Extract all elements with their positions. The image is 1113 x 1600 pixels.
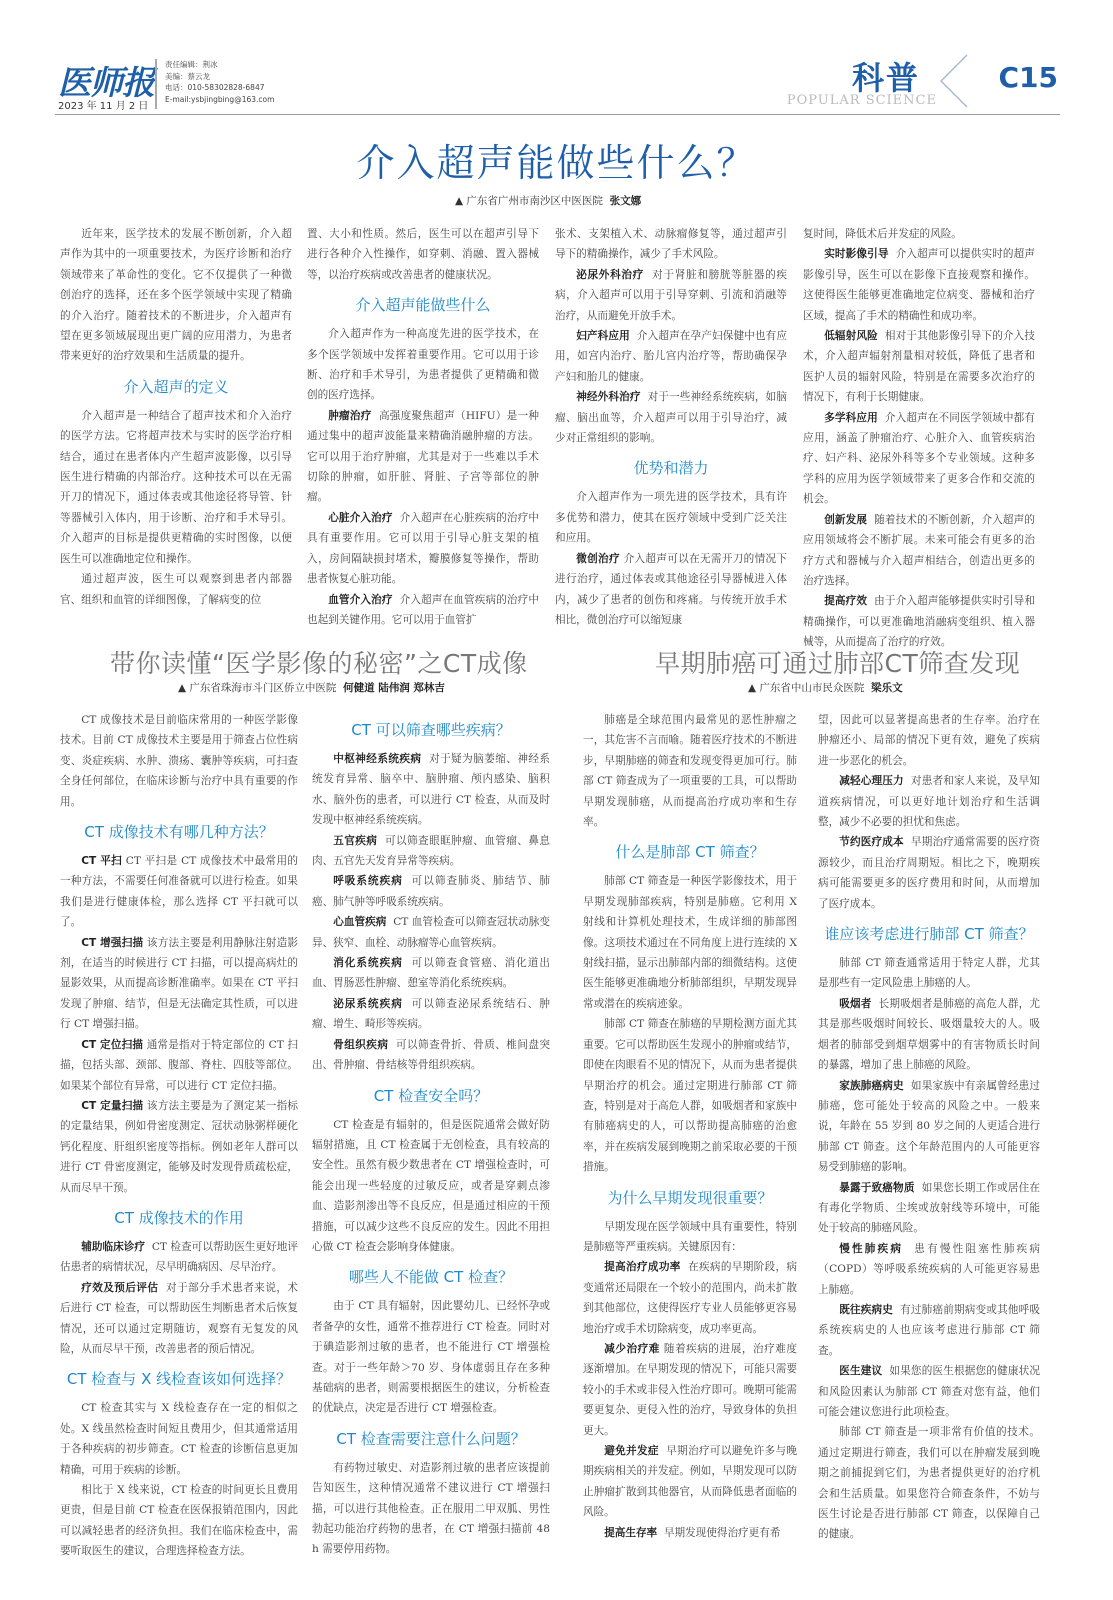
term-text: 高强度聚焦超声（HIFU）是一种通过集中的超声波能量来精确消融肿瘤的方法。它可以… — [307, 410, 539, 504]
term-label: 提高治疗成功率 — [604, 1261, 680, 1273]
section-heading: 哪些人不能做 CT 检查？ — [312, 1266, 550, 1288]
term-label: 医生建议 — [839, 1365, 882, 1377]
section-heading: 优势和潜力 — [555, 457, 787, 479]
term-label: 泌尿外科治疗 — [576, 269, 644, 281]
paragraph: 实时影像引导 介入超声可以提供实时的超声影像引导，医生可以在影像下直接观察和操作… — [803, 244, 1035, 326]
section-name-english: POPULAR SCIENCE — [787, 93, 937, 108]
paragraph: 减轻心理压力 对患者和家人来说，及早知道疾病情况，可以更好地计划治疗和生活调整，… — [818, 771, 1040, 832]
term-label: 既往疾病史 — [839, 1304, 893, 1316]
term-label: 妇产科应用 — [576, 330, 630, 342]
article2-title: 带你读懂“医学影像的秘密”之CT成像 — [110, 644, 528, 680]
term-label: 五官疾病 — [333, 835, 377, 847]
article2-byline: ▲ 广东省珠海市斗门区侨立中医院 何健道 陆伟润 郑林吉 — [178, 680, 445, 695]
section-heading: CT 成像技术的作用 — [60, 1207, 298, 1229]
article2-authors: 何健道 陆伟润 郑林吉 — [343, 682, 445, 694]
term-text: 介入超声在不同医学领域中都有应用，涵盖了肿瘤治疗、心脏介入、血管疾病治疗、妇产科… — [803, 412, 1035, 506]
paragraph: 神经外科治疗 对于一些神经系统疾病，如脑瘤、脑出血等，介入超声可以用于引导治疗，… — [555, 387, 787, 448]
paragraph: 既往疾病史 有过肺癌前期病变或其他呼吸系统疾病史的人也应该考虑进行肺部 CT 筛… — [818, 1300, 1040, 1361]
paragraph: 呼吸系统疾病 可以筛查肺炎、肺结节、肺癌、肺气肿等呼吸系统疾病。 — [312, 871, 550, 912]
article3-affiliation: ▲ 广东省中山市民众医院 — [748, 682, 864, 694]
paragraph: 肺部 CT 筛查通常适用于特定人群，尤其是那些有一定风险患上肺癌的人。 — [818, 953, 1040, 994]
term-label: 血管介入治疗 — [328, 594, 392, 606]
paragraph: 慢性肺疾病 患有慢性阻塞性肺疾病（COPD）等呼吸系统疾病的人可能更容易患上肺癌… — [818, 1239, 1040, 1300]
paragraph: 低辐射风险 相对于其他影像引导下的介入技术，介入超声辐射剂量相对较低，降低了患者… — [803, 326, 1035, 408]
paragraph: 肺部 CT 筛查是一项非常有价值的技术。通过定期进行筛查，我们可以在肿瘤发展到晚… — [818, 1422, 1040, 1544]
paragraph: 节约医疗成本 早期治疗通常需要的医疗资源较少，而且治疗周期短。相比之下，晚期疾病… — [818, 832, 1040, 914]
section-heading: 什么是肺部 CT 筛查？ — [583, 841, 797, 863]
term-label: 减少治疗难 — [604, 1343, 660, 1355]
phone-number: 电话：010-58302828-6847 — [165, 82, 274, 94]
paragraph: CT 定位扫描 通常是指对于特定部位的 CT 扫描，包括头部、颈部、腹部、脊柱、… — [60, 1035, 298, 1096]
paragraph: CT 增强扫描 该方法主要是利用静脉注射造影剂，在适当的时候进行 CT 扫描，可… — [60, 933, 298, 1035]
section-heading: 为什么早期发现很重要？ — [583, 1187, 797, 1209]
term-label: 暴露于致癌物质 — [839, 1182, 914, 1194]
paragraph: 吸烟者 长期吸烟者是肺癌的高危人群，尤其是那些吸烟时间较长、吸烟量较大的人。吸烟… — [818, 994, 1040, 1076]
term-label: 泌尿系统疾病 — [333, 998, 403, 1010]
section-heading: 谁应该考虑进行肺部 CT 筛查？ — [818, 923, 1040, 945]
article3-column-2: 望，因此可以显著提高患者的生存率。治疗在肿瘤还小、局部的情况下更有效，避免了疾病… — [818, 710, 1040, 1545]
term-label: 疗效及预后评估 — [81, 1282, 158, 1294]
paragraph: 创新发展 随着技术的不断创新，介入超声的应用领域将会不断扩展。未来可能会有更多的… — [803, 510, 1035, 592]
term-text: 该方法主要是利用静脉注射造影剂，在适当的时候进行 CT 扫描，可以提高病灶的显影… — [60, 937, 298, 1031]
article2-affiliation: ▲ 广东省珠海市斗门区侨立中医院 — [178, 682, 336, 694]
article1-column-2: 置、大小和性质。然后，医生可以在超声引导下进行各种介入性操作，如穿刺、消融、置入… — [307, 224, 539, 630]
article1-affiliation: ▲ 广东省广州市南沙区中医医院 — [455, 195, 603, 207]
editor-credit: 责任编辑：荆冰 — [165, 59, 274, 71]
paragraph: 通过超声波，医生可以观察到患者内部器官、组织和血管的详细图像，了解病变的位 — [60, 569, 292, 610]
section-heading: CT 成像技术有哪几种方法？ — [60, 821, 298, 843]
term-label: 消化系统疾病 — [333, 957, 403, 969]
term-text: 如果家族中有亲属曾经患过肺癌，您可能处于较高的风险之中。一般来说，年龄在 55 … — [818, 1080, 1040, 1174]
paragraph: 提高生存率 早期发现使得治疗更有希 — [583, 1523, 797, 1543]
paragraph: 泌尿外科治疗 对于肾脏和膀胱等脏器的疾病，介入超声可以用于引导穿刺、引流和消融等… — [555, 265, 787, 326]
article1-column-3: 张术、支架植入术、动脉瘤修复等，通过超声引导下的精确操作，减少了手术风险。 泌尿… — [555, 224, 787, 630]
section-heading: 介入超声的定义 — [60, 376, 292, 398]
paragraph: 介入超声作为一项先进的医学技术，具有许多优势和潜力，使其在医疗领域中受到广泛关注… — [555, 487, 787, 548]
paragraph: 介入超声作为一种高度先进的医学技术，在多个医学领域中发挥着重要作用。它可以用于诊… — [307, 324, 539, 406]
term-label: 中枢神经系统疾病 — [333, 753, 421, 765]
term-label: 慢性肺疾病 — [839, 1243, 903, 1255]
paragraph: CT 检查是有辐射的，但是医院通常会做好防辐射措施，且 CT 检查属于无创检查，… — [312, 1115, 550, 1258]
term-label: 创新发展 — [824, 514, 867, 526]
paragraph: 消化系统疾病 可以筛查食管癌、消化道出血、胃肠恶性肿瘤、憩室等消化系统疾病。 — [312, 953, 550, 994]
article2-column-1: CT 成像技术是目前临床常用的一种医学影像技术。目前 CT 成像技术主要是用于筛… — [60, 710, 298, 1562]
paragraph: 提高治疗成功率 在疾病的早期阶段，病变通常还局限在一个较小的范围内，尚未扩散到其… — [583, 1257, 797, 1339]
term-label: 家族肺癌病史 — [839, 1080, 904, 1092]
paragraph: 血管介入治疗 介入超声在血管疾病的治疗中也起到关键作用。它可以用于血管扩 — [307, 590, 539, 631]
chevron-left-icon — [935, 53, 975, 109]
term-label: 心脏介入治疗 — [328, 512, 392, 524]
paragraph: 减少治疗难 随着疾病的进展，治疗难度逐渐增加。在早期发现的情况下，可能只需要较小… — [583, 1339, 797, 1441]
paragraph: 置、大小和性质。然后，医生可以在超声引导下进行各种介入性操作，如穿刺、消融、置入… — [307, 224, 539, 285]
article3-title: 早期肺癌可通过肺部CT筛查发现 — [655, 644, 1020, 680]
term-label: 骨组织疾病 — [333, 1039, 388, 1051]
article1-title: 介入超声能做些什么？ — [0, 132, 1113, 187]
article3-byline: ▲ 广东省中山市民众医院 梁乐文 — [748, 680, 903, 695]
article3-column-1: 肺癌是全球范围内最常见的恶性肿瘤之一，其危害不言而喻。随着医疗技术的不断进步，早… — [583, 710, 797, 1543]
article1-author: 张文娜 — [610, 195, 642, 207]
paragraph: 骨组织疾病 可以筛查骨折、骨质、椎间盘突出、骨肿瘤、骨结核等骨组织疾病。 — [312, 1035, 550, 1076]
paragraph: 五官疾病 可以筛查眼眶肿瘤、血管瘤、鼻息肉、五官先天发育异常等疾病。 — [312, 831, 550, 872]
term-label: 吸烟者 — [839, 998, 871, 1010]
term-label: CT 增强扫描 — [81, 937, 143, 949]
paragraph: 辅助临床诊疗 CT 检查可以帮助医生更好地评估患者的病情状况，尽早明确病因、尽早… — [60, 1237, 298, 1278]
term-label: 低辐射风险 — [824, 330, 878, 342]
page-number: C15 — [998, 61, 1058, 94]
paragraph: CT 平扫 CT 平扫是 CT 成像技术中最常用的一种方法，不需要任何准备就可以… — [60, 851, 298, 933]
section-heading: CT 可以筛查哪些疾病？ — [312, 719, 550, 741]
term-label: 实时影像引导 — [824, 248, 888, 260]
term-text: 早期发现使得治疗更有希 — [664, 1527, 781, 1539]
paragraph: 多学科应用 介入超声在不同医学领域中都有应用，涵盖了肿瘤治疗、心脏介入、血管疾病… — [803, 408, 1035, 510]
paragraph: 避免并发症 早期治疗可以避免许多与晚期疾病相关的并发症。例如，早期发现可以防止肿… — [583, 1441, 797, 1523]
term-label: CT 平扫 — [81, 855, 122, 867]
paragraph: 疗效及预后评估 对于部分手术患者来说，术后进行 CT 检查，可以帮助医生判断患者… — [60, 1278, 298, 1360]
term-label: CT 定位扫描 — [81, 1039, 143, 1051]
issue-date: 2023 年 11 月 2 日 — [58, 97, 148, 112]
term-label: 减轻心理压力 — [839, 775, 904, 787]
paragraph: 心脏介入治疗 介入超声在心脏疾病的治疗中具有重要作用。它可以用于引导心脏支架的植… — [307, 508, 539, 590]
term-label: CT 定量扫描 — [81, 1100, 143, 1112]
paragraph: 有药物过敏史、对造影剂过敏的患者应该提前告知医生，这种情况通常不建议进行 CT … — [312, 1458, 550, 1560]
paragraph: 肺部 CT 筛查在肺癌的早期检测方面尤其重要。它可以帮助医生发现小的肿瘤或结节，… — [583, 1014, 797, 1177]
section-heading: CT 检查安全吗？ — [312, 1085, 550, 1107]
term-text: 随着疾病的进展，治疗难度逐渐增加。在早期发现的情况下，可能只需要较小的手术或非侵… — [583, 1343, 797, 1437]
paragraph: CT 检查其实与 X 线检查存在一定的相似之处。X 线虽然检查时间短且费用少，但… — [60, 1398, 298, 1480]
paragraph: 望，因此可以显著提高患者的生存率。治疗在肿瘤还小、局部的情况下更有效，避免了疾病… — [818, 710, 1040, 771]
masthead-divider — [155, 59, 157, 109]
paragraph: 近年来，医学技术的发展不断创新，介入超声作为其中的一项重要技术，为医疗诊断和治疗… — [60, 224, 292, 367]
paragraph: 复时间，降低术后并发症的风险。 — [803, 224, 1035, 244]
masthead-info: 责任编辑：荆冰 美编：蔡云龙 电话：010-58302828-6847 E-ma… — [165, 59, 274, 105]
article1-column-1: 近年来，医学技术的发展不断创新，介入超声作为其中的一项重要技术，为医疗诊断和治疗… — [60, 224, 292, 610]
paragraph: CT 定量扫描 该方法主要是为了测定某一指标的定量结果，例如骨密度测定、冠状动脉… — [60, 1096, 298, 1198]
term-label: 辅助临床诊疗 — [81, 1241, 145, 1253]
paragraph: 肺部 CT 筛查是一种医学影像技术，用于早期发现肺部疾病，特别是肺癌。它利用 X… — [583, 871, 797, 1014]
paragraph: 相比于 X 线来说，CT 检查的时间更长且费用更贵，但是目前 CT 检查在医保报… — [60, 1480, 298, 1562]
paragraph: 介入超声是一种结合了超声技术和介入治疗的医学方法。它将超声技术与实时的医学治疗相… — [60, 406, 292, 569]
paragraph: 家族肺癌病史 如果家族中有亲属曾经患过肺癌，您可能处于较高的风险之中。一般来说，… — [818, 1076, 1040, 1178]
paragraph: 暴露于致癌物质 如果您长期工作或居住在有毒化学物质、尘埃或放射线等环境中，可能处… — [818, 1178, 1040, 1239]
paragraph: 医生建议 如果您的医生根据您的健康状况和风险因素认为肺部 CT 筛查对您有益，他… — [818, 1361, 1040, 1422]
section-heading: CT 检查需要注意什么问题？ — [312, 1428, 550, 1450]
email-address: E-mail:ysbjingbing@163.com — [165, 94, 274, 106]
term-text: 该方法主要是为了测定某一指标的定量结果，例如骨密度测定、冠状动脉粥样硬化钙化程度… — [60, 1100, 298, 1194]
article2-column-2: CT 可以筛查哪些疾病？ 中枢神经系统疾病 对于疑为脑萎缩、神经系统发育异常、脑… — [312, 710, 550, 1560]
term-label: 避免并发症 — [604, 1445, 659, 1457]
term-label: 节约医疗成本 — [839, 836, 904, 848]
paragraph: 心血管疾病 CT 血管检查可以筛查冠状动脉变异、狭窄、血栓、动脉瘤等心血管疾病。 — [312, 912, 550, 953]
article1-column-4: 复时间，降低术后并发症的风险。 实时影像引导 介入超声可以提供实时的超声影像引导… — [803, 224, 1035, 653]
term-label: 神经外科治疗 — [576, 391, 640, 403]
paragraph: CT 成像技术是目前临床常用的一种医学影像技术。目前 CT 成像技术主要是用于筛… — [60, 710, 298, 812]
designer-credit: 美编：蔡云龙 — [165, 71, 274, 83]
term-label: 提高生存率 — [604, 1527, 657, 1539]
paragraph: 早期发现在医学领域中具有重要性，特别是肺癌等严重疾病。关键原因有： — [583, 1217, 797, 1258]
paragraph: 中枢神经系统疾病 对于疑为脑萎缩、神经系统发育异常、脑卒中、脑肿瘤、颅内感染、脑… — [312, 749, 550, 831]
paragraph: 微创治疗 介入超声可以在无需开刀的情况下进行治疗，通过体表或其他途径引导器械进入… — [555, 549, 787, 631]
paragraph: 张术、支架植入术、动脉瘤修复等，通过超声引导下的精确操作，减少了手术风险。 — [555, 224, 787, 265]
article3-author: 梁乐文 — [871, 682, 903, 694]
section-heading: 介入超声能做些什么 — [307, 294, 539, 316]
paragraph: 泌尿系统疾病 可以筛查泌尿系统结石、肿瘤、增生、畸形等疾病。 — [312, 994, 550, 1035]
term-label: 多学科应用 — [824, 412, 878, 424]
section-heading: CT 检查与 X 线检查该如何选择？ — [60, 1368, 298, 1390]
paragraph: 肺癌是全球范围内最常见的恶性肿瘤之一，其危害不言而喻。随着医疗技术的不断进步，早… — [583, 710, 797, 832]
term-label: 提高疗效 — [824, 595, 867, 607]
term-label: 微创治疗 — [576, 553, 620, 565]
paragraph: 肿瘤治疗 高强度聚焦超声（HIFU）是一种通过集中的超声波能量来精确消融肿瘤的方… — [307, 406, 539, 508]
paragraph: 由于 CT 具有辐射，因此婴幼儿、已经怀孕或者备孕的女性，通常不推荐进行 CT … — [312, 1296, 550, 1418]
term-label: 心血管疾病 — [333, 916, 386, 928]
paragraph: 妇产科应用 介入超声在孕产妇保健中也有应用，如宫内治疗、胎儿宫内治疗等，帮助确保… — [555, 326, 787, 387]
term-label: 呼吸系统疾病 — [333, 875, 403, 887]
term-label: 肿瘤治疗 — [328, 410, 371, 422]
masthead: 医师报 2023 年 11 月 2 日 责任编辑：荆冰 美编：蔡云龙 电话：01… — [55, 55, 1060, 115]
article1-byline: ▲ 广东省广州市南沙区中医医院 张文娜 — [455, 193, 641, 208]
